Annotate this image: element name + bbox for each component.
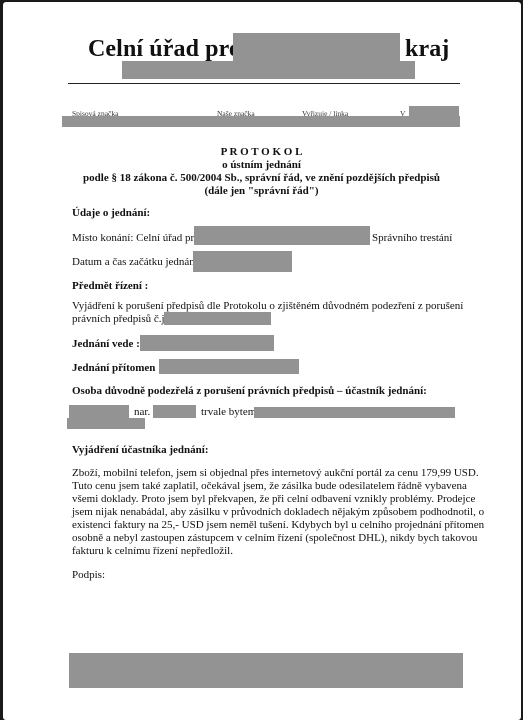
redacted-reference-line bbox=[62, 116, 460, 127]
predmet-text-line1: Vyjádření k porušení předpisů dle Protok… bbox=[72, 300, 463, 312]
vyjadreni-line: jsem nijak nenabádal, aby zásilku v prův… bbox=[72, 506, 484, 518]
vede-label: Jednání vede : bbox=[72, 338, 140, 350]
vyjadreni-line: osobně a nebyl zastoupen zástupcem v cel… bbox=[72, 532, 477, 544]
vyjadreni-line: všemi doklady. Proto jsem byl překvapen,… bbox=[72, 493, 475, 505]
pritomen-label: Jednání přítomen : bbox=[72, 362, 162, 374]
redacted-misto bbox=[194, 226, 370, 245]
predmet-heading: Předmět řízení : bbox=[72, 280, 148, 292]
redacted-footer bbox=[69, 653, 463, 688]
redacted-birthdate bbox=[153, 405, 196, 418]
datum-label: Datum a čas začátku jednání: bbox=[72, 256, 201, 268]
redacted-vede bbox=[140, 335, 274, 351]
protocol-legal-note: (dále jen "správní řád") bbox=[0, 185, 523, 197]
office-title-suffix: kraj bbox=[405, 36, 449, 63]
redacted-datum bbox=[193, 251, 292, 272]
vyjadreni-line: existenci faktury na 25,- USD jsem neměl… bbox=[72, 519, 484, 531]
podpis-label: Podpis: bbox=[72, 569, 105, 581]
udaje-heading: Údaje o jednání: bbox=[72, 207, 150, 219]
vyjadreni-line: Zboží, mobilní telefon, jsem si objednal… bbox=[72, 467, 479, 479]
vyjadreni-line: Tuto cenu jsem také zaplatil, očekával j… bbox=[72, 480, 467, 492]
protocol-legal-basis: podle § 18 zákona č. 500/2004 Sb., správ… bbox=[0, 172, 523, 184]
redacted-region-name bbox=[233, 33, 400, 61]
osoba-heading: Osoba důvodně podezřelá z porušení právn… bbox=[72, 385, 427, 397]
protocol-heading: P R O T O K O L bbox=[0, 146, 523, 158]
header-rule bbox=[68, 83, 460, 84]
protocol-subheading: o ústním jednání bbox=[0, 159, 523, 171]
vyjadreni-line: fakturu k celnímu řízení nepředložil. bbox=[72, 545, 233, 557]
redacted-address-cont bbox=[67, 418, 145, 429]
office-title-prefix: Celní úřad pro bbox=[88, 36, 241, 63]
redacted-office-subline bbox=[122, 61, 415, 79]
misto-label: Místo konání: Celní úřad pro bbox=[72, 232, 200, 244]
redacted-cj bbox=[164, 312, 271, 325]
misto-suffix: Správního trestání bbox=[372, 232, 452, 244]
redacted-person-name bbox=[69, 405, 129, 418]
nar-label: nar. bbox=[134, 406, 150, 418]
bytem-label: trvale bytem bbox=[201, 406, 256, 418]
redacted-address bbox=[254, 407, 455, 418]
redacted-pritomen bbox=[159, 359, 299, 374]
predmet-text-line2: právních předpisů č.j. bbox=[72, 313, 167, 325]
vyjadreni-heading: Vyjádření účastníka jednání: bbox=[72, 444, 209, 456]
